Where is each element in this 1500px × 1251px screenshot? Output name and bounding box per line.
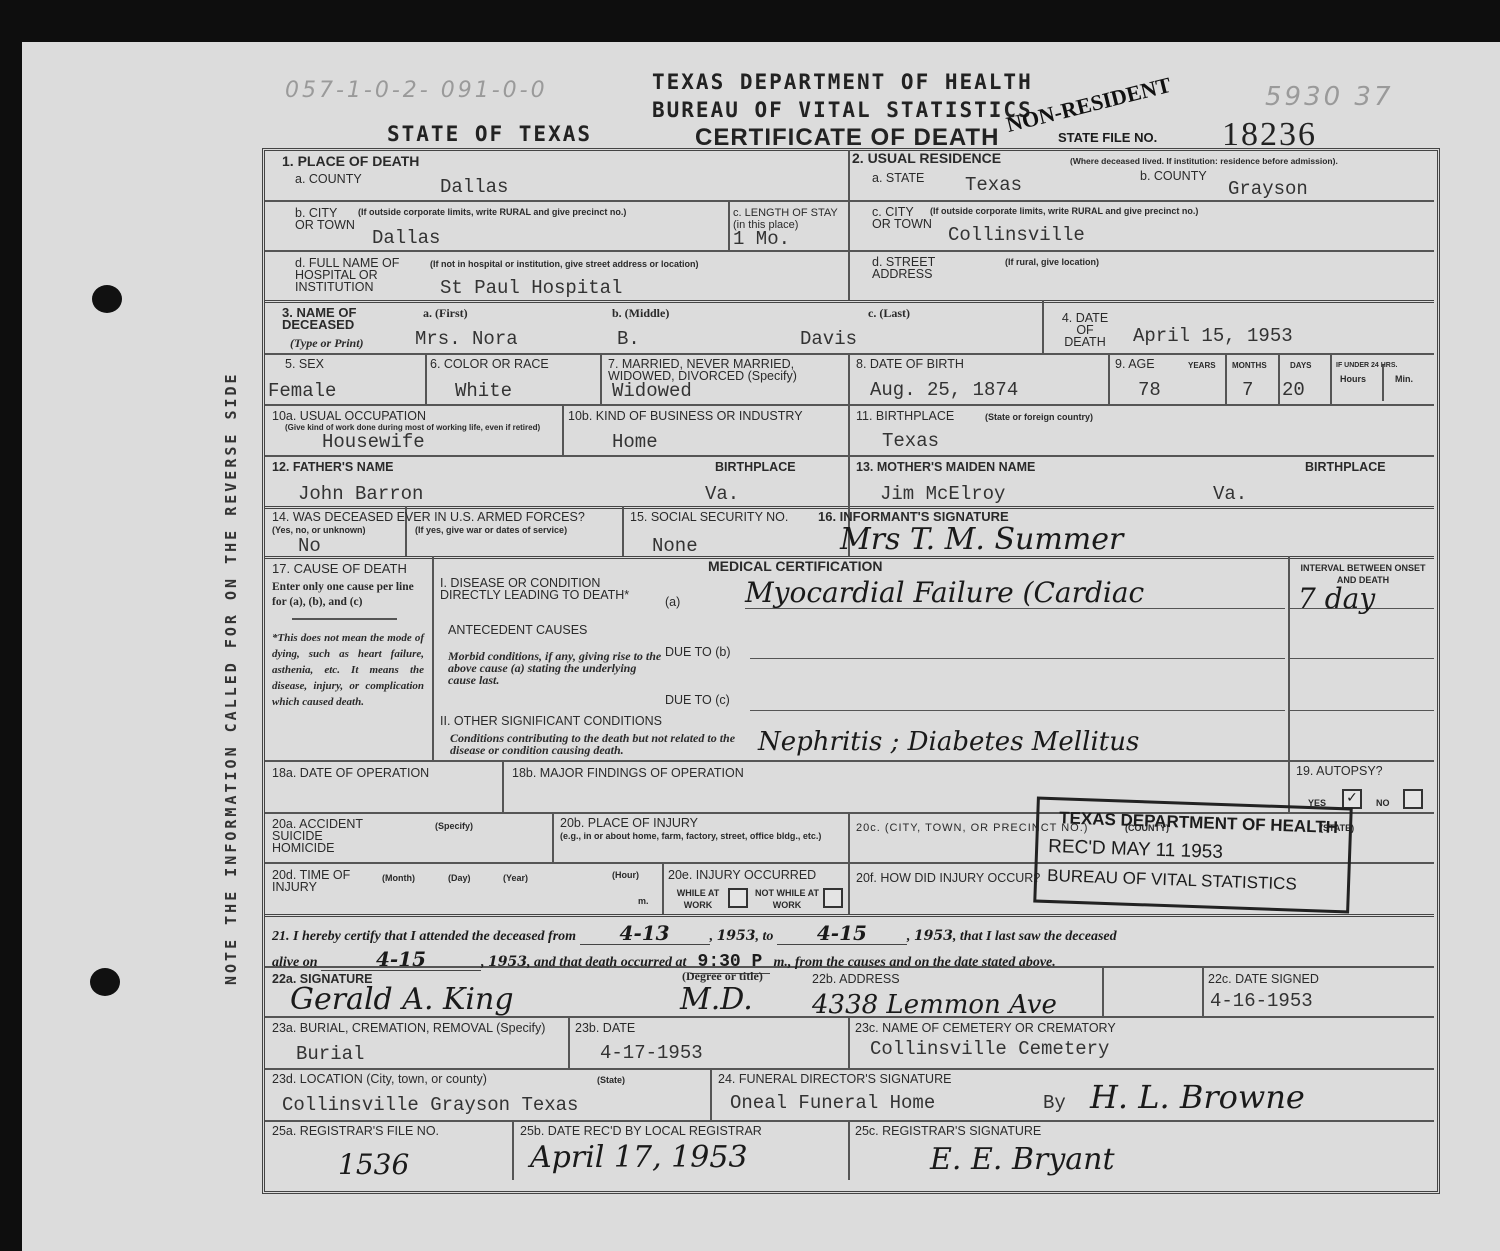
race-value: White [455,380,512,402]
residence-city-value: Collinsville [948,224,1085,246]
age-years-label: YEARS [1188,360,1216,372]
attended-from-year: 1953 [717,928,756,944]
armed-forces-note-2: (If yes, give war or dates of service) [415,524,567,536]
funeral-director-label: 24. FUNERAL DIRECTOR'S SIGNATURE [718,1073,951,1085]
first-name-value: Mrs. Nora [415,328,518,350]
mother-name-label: 13. MOTHER'S MAIDEN NAME [856,461,1035,473]
street-address-note: (If rural, give location) [1005,256,1099,268]
father-birthplace-value: Va. [705,483,739,505]
residence-city-label: c. CITY OR TOWN [872,206,932,230]
informant-signature: Mrs T. M. Summer [840,522,1123,557]
age-months-value: 7 [1242,379,1253,401]
middle-name-value: B. [617,328,640,350]
under-24-hrs-label: IF UNDER 24 HRS. [1336,360,1397,372]
cause-footnote: *This does not mean the mode of dying, s… [272,630,424,710]
city-note: (If outside corporate limits, write RURA… [358,206,718,218]
birthplace-value: Texas [882,430,939,452]
date-of-operation-label: 18a. DATE OF OPERATION [272,767,429,779]
cause-of-death-label: 17. CAUSE OF DEATH [272,563,407,575]
date-signed-value: 4-16-1953 [1210,990,1313,1012]
autopsy-no-checkbox[interactable] [1403,789,1423,809]
residence-state-label: a. STATE [872,172,924,184]
department-title: TEXAS DEPARTMENT OF HEALTH [652,70,1033,94]
pencil-code-right: 5930 37 [1265,82,1394,112]
city-label: b. CITY OR TOWN [295,207,355,231]
sex-label: 5. SEX [285,358,324,370]
date-signed-label: 22c. DATE SIGNED [1208,973,1319,985]
physician-signature: Gerald A. King [290,982,514,1017]
birthplace-note: (State or foreign country) [985,411,1093,423]
injury-day: (Day) [448,872,471,884]
residence-state-value: Texas [965,174,1022,196]
accident-specify: (Specify) [435,820,473,832]
hospital-label: d. FULL NAME OF HOSPITAL OR INSTITUTION [295,257,425,293]
occupation-label: 10a. USUAL OCCUPATION [272,410,426,422]
other-conditions-value: Nephritis ; Diabetes Mellitus [758,727,1139,757]
funeral-home-value: Oneal Funeral Home [730,1092,935,1114]
type-or-print-note: (Type or Print) [290,337,364,349]
funeral-by-label: By [1043,1092,1066,1114]
cause-a-value: Myocardial Failure (Cardiac [745,576,1144,609]
usual-residence-label: 2. USUAL RESIDENCE [852,152,1001,164]
last-seen-alive-year: 1953 [488,954,527,970]
place-of-injury-label: 20b. PLACE OF INJURY [560,817,698,829]
place-of-death-label: 1. PLACE OF DEATH [282,155,419,167]
not-while-at-work-label: NOT WHILE AT WORK [752,887,822,911]
funeral-director-signature: H. L. Browne [1090,1078,1305,1116]
mother-birthplace-value: Va. [1213,483,1247,505]
middle-name-label: b. (Middle) [612,307,669,319]
autopsy-no-label: NO [1376,797,1390,809]
antecedent-note: Morbid conditions, if any, giving rise t… [448,650,663,686]
registrar-file-value: 1536 [338,1148,409,1181]
armed-forces-value: No [298,535,321,557]
bureau-title: BUREAU OF VITAL STATISTICS [652,98,1033,122]
due-to-b-label: DUE TO (b) [665,646,731,658]
degree-label: (Degree or title) [682,970,763,982]
race-label: 6. COLOR OR RACE [430,358,549,370]
cemetery-value: Collinsville Cemetery [870,1038,1109,1060]
age-days-label: DAYS [1290,360,1312,372]
deceased-name-label: 3. NAME OF DECEASED [282,307,392,331]
street-address-label: d. STREET ADDRESS [872,256,952,280]
antecedent-causes-label: ANTECEDENT CAUSES [448,624,587,636]
date-received-value: April 17, 1953 [530,1140,748,1175]
injury-m: m. [638,895,649,907]
hospital-value: St Paul Hospital [440,277,622,299]
date-received-label: 25b. DATE REC'D BY LOCAL REGISTRAR [520,1125,762,1137]
father-name-value: John Barron [298,483,423,505]
sex-value: Female [268,380,336,402]
physician-address: 4338 Lemmon Ave [812,990,1057,1020]
date-of-birth-value: Aug. 25, 1874 [870,379,1018,401]
hours-label: Hours [1340,373,1366,385]
burial-date-label: 23b. DATE [575,1022,635,1034]
physician-degree: M.D. [680,982,753,1017]
attended-to-year: 1953 [914,928,953,944]
how-injury-label: 20f. HOW DID INJURY OCCUR? [856,872,1040,884]
autopsy-yes-checkbox[interactable]: ✓ [1342,789,1362,809]
punch-hole-top [92,285,122,313]
burial-state-label: (State) [597,1074,625,1086]
while-at-work-label: WHILE AT WORK [668,887,728,911]
last-seen-alive-date: 4-15 [321,948,481,971]
residence-city-note: (If outside corporate limits, write RURA… [930,205,1198,217]
received-stamp: TEXAS DEPARTMENT OF HEALTH REC'D MAY 11 … [1033,797,1353,914]
interval-value: 7 day [1298,582,1375,615]
occupation-value: Housewife [322,431,425,453]
length-of-stay-value: 1 Mo. [733,228,790,250]
marital-status-value: Widowed [612,380,692,402]
disposition-label: 23a. BURIAL, CREMATION, REMOVAL (Specify… [272,1022,545,1034]
certification-statement: 21. I hereby certify that I attended the… [272,922,1432,974]
registrar-file-label: 25a. REGISTRAR'S FILE NO. [272,1125,439,1137]
accident-label: 20a. ACCIDENT SUICIDE HOMICIDE [272,818,382,854]
physician-address-label: 22b. ADDRESS [812,973,900,985]
business-label: 10b. KIND OF BUSINESS OR INDUSTRY [568,410,803,422]
minutes-label: Min. [1395,373,1413,385]
attended-from-date: 4-13 [580,922,710,945]
disposition-value: Burial [296,1043,364,1065]
reverse-side-note: NOTE THE INFORMATION CALLED FOR ON THE R… [222,325,252,985]
cause-a-label: (a) [665,596,680,608]
burial-location-value: Collinsville Grayson Texas [282,1094,578,1116]
ssn-label: 15. SOCIAL SECURITY NO. [630,511,788,523]
age-days-value: 20 [1282,379,1305,401]
age-years-value: 78 [1138,379,1161,401]
armed-forces-label: 14. WAS DECEASED EVER IN U.S. ARMED FORC… [272,511,585,523]
last-name-value: Davis [800,328,857,350]
date-of-death-label: 4. DATE OF DEATH [1055,312,1115,348]
father-birthplace-label: BIRTHPLACE [715,461,796,473]
usual-residence-note: (Where deceased lived. If institution: r… [1070,155,1410,167]
other-conditions-note: Conditions contributing to the death but… [450,732,750,756]
injury-year: (Year) [503,872,528,884]
state-file-label: STATE FILE NO. [1058,130,1157,145]
mother-birthplace-label: BIRTHPLACE [1305,461,1386,473]
residence-county-value: Grayson [1228,178,1308,200]
state-title: STATE OF TEXAS [387,122,592,146]
residence-county-label: b. COUNTY [1140,170,1207,182]
due-to-c-label: DUE TO (c) [665,694,730,706]
death-county-value: Dallas [440,176,508,198]
ssn-value: None [652,535,698,557]
date-of-birth-label: 8. DATE OF BIRTH [856,358,964,370]
autopsy-label: 19. AUTOPSY? [1296,765,1383,777]
punch-hole-bottom [90,968,120,996]
injury-occurred-label: 20e. INJURY OCCURRED [668,869,816,881]
registrar-signature: E. E. Bryant [930,1142,1115,1177]
age-months-label: MONTHS [1232,360,1267,372]
place-of-injury-note: (e.g., in or about home, farm, factory, … [560,830,840,842]
mother-name-value: Jim McElroy [880,483,1005,505]
marital-status-label: 7. MARRIED, NEVER MARRIED, WIDOWED, DIVO… [608,358,843,382]
attended-to-date: 4-15 [777,922,907,945]
first-name-label: a. (First) [423,307,468,319]
hospital-note: (If not in hospital or institution, give… [430,258,699,270]
other-conditions-label: II. OTHER SIGNIFICANT CONDITIONS [440,715,662,727]
medical-certification-title: MEDICAL CERTIFICATION [708,560,882,572]
injury-month: (Month) [382,872,415,884]
burial-date-value: 4-17-1953 [600,1042,703,1064]
age-label: 9. AGE [1115,358,1155,370]
county-label: a. COUNTY [295,173,362,185]
last-name-label: c. (Last) [868,307,910,319]
date-of-death-value: April 15, 1953 [1133,325,1293,347]
cause-instructions: Enter only one cause per line for (a), (… [272,580,424,610]
cemetery-label: 23c. NAME OF CEMETERY OR CREMATORY [855,1022,1116,1034]
certificate-form [262,148,1440,1194]
injury-hour: (Hour) [612,869,639,881]
time-of-injury-label: 20d. TIME OF INJURY [272,869,352,893]
registrar-signature-label: 25c. REGISTRAR'S SIGNATURE [855,1125,1041,1137]
pencil-code-left: 057-1-0-2- 091-0-0 [285,78,548,103]
while-at-work-checkbox[interactable] [728,888,748,908]
operation-findings-label: 18b. MAJOR FINDINGS OF OPERATION [512,767,744,779]
father-name-label: 12. FATHER'S NAME [272,461,394,473]
death-city-value: Dallas [372,227,440,249]
burial-location-label: 23d. LOCATION (City, town, or county) [272,1073,487,1085]
business-value: Home [612,431,658,453]
not-while-at-work-checkbox[interactable] [823,888,843,908]
disease-condition-label: I. DISEASE OR CONDITION DIRECTLY LEADING… [440,577,660,601]
birthplace-label: 11. BIRTHPLACE [856,410,954,422]
